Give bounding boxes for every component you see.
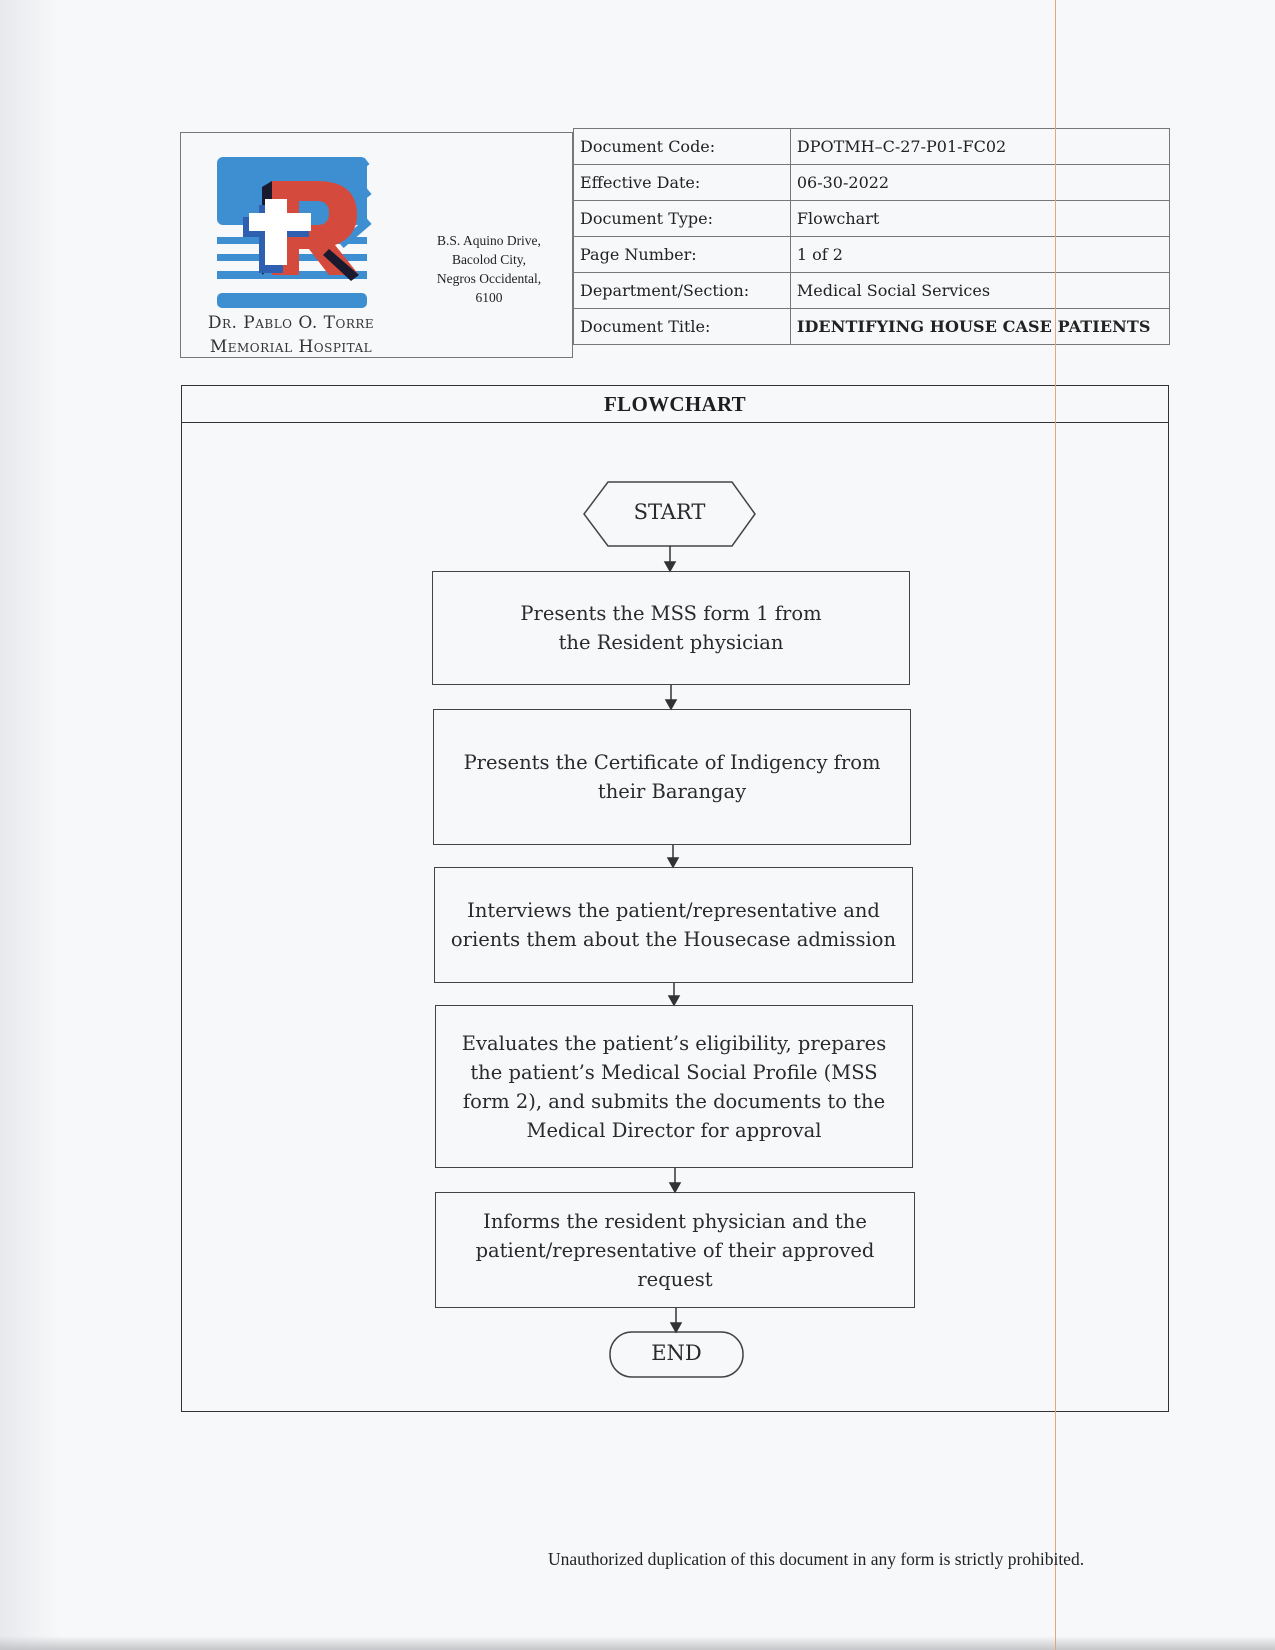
flowchart-step-4: Evaluates the patient’s eligibility, pre… <box>435 1005 913 1168</box>
scan-artifact-line <box>1055 0 1056 1650</box>
flowchart-step-1: Presents the MSS form 1 from the Residen… <box>432 571 910 685</box>
flowchart-step-5: Informs the resident physician and the p… <box>435 1192 915 1308</box>
flowchart-step-3: Interviews the patient/representative an… <box>434 867 913 983</box>
start-terminal: START <box>584 500 755 524</box>
end-terminal: END <box>610 1341 743 1365</box>
flowchart-step-2: Presents the Certificate of Indigency fr… <box>433 709 911 845</box>
duplication-notice: Unauthorized duplication of this documen… <box>548 1549 1188 1570</box>
